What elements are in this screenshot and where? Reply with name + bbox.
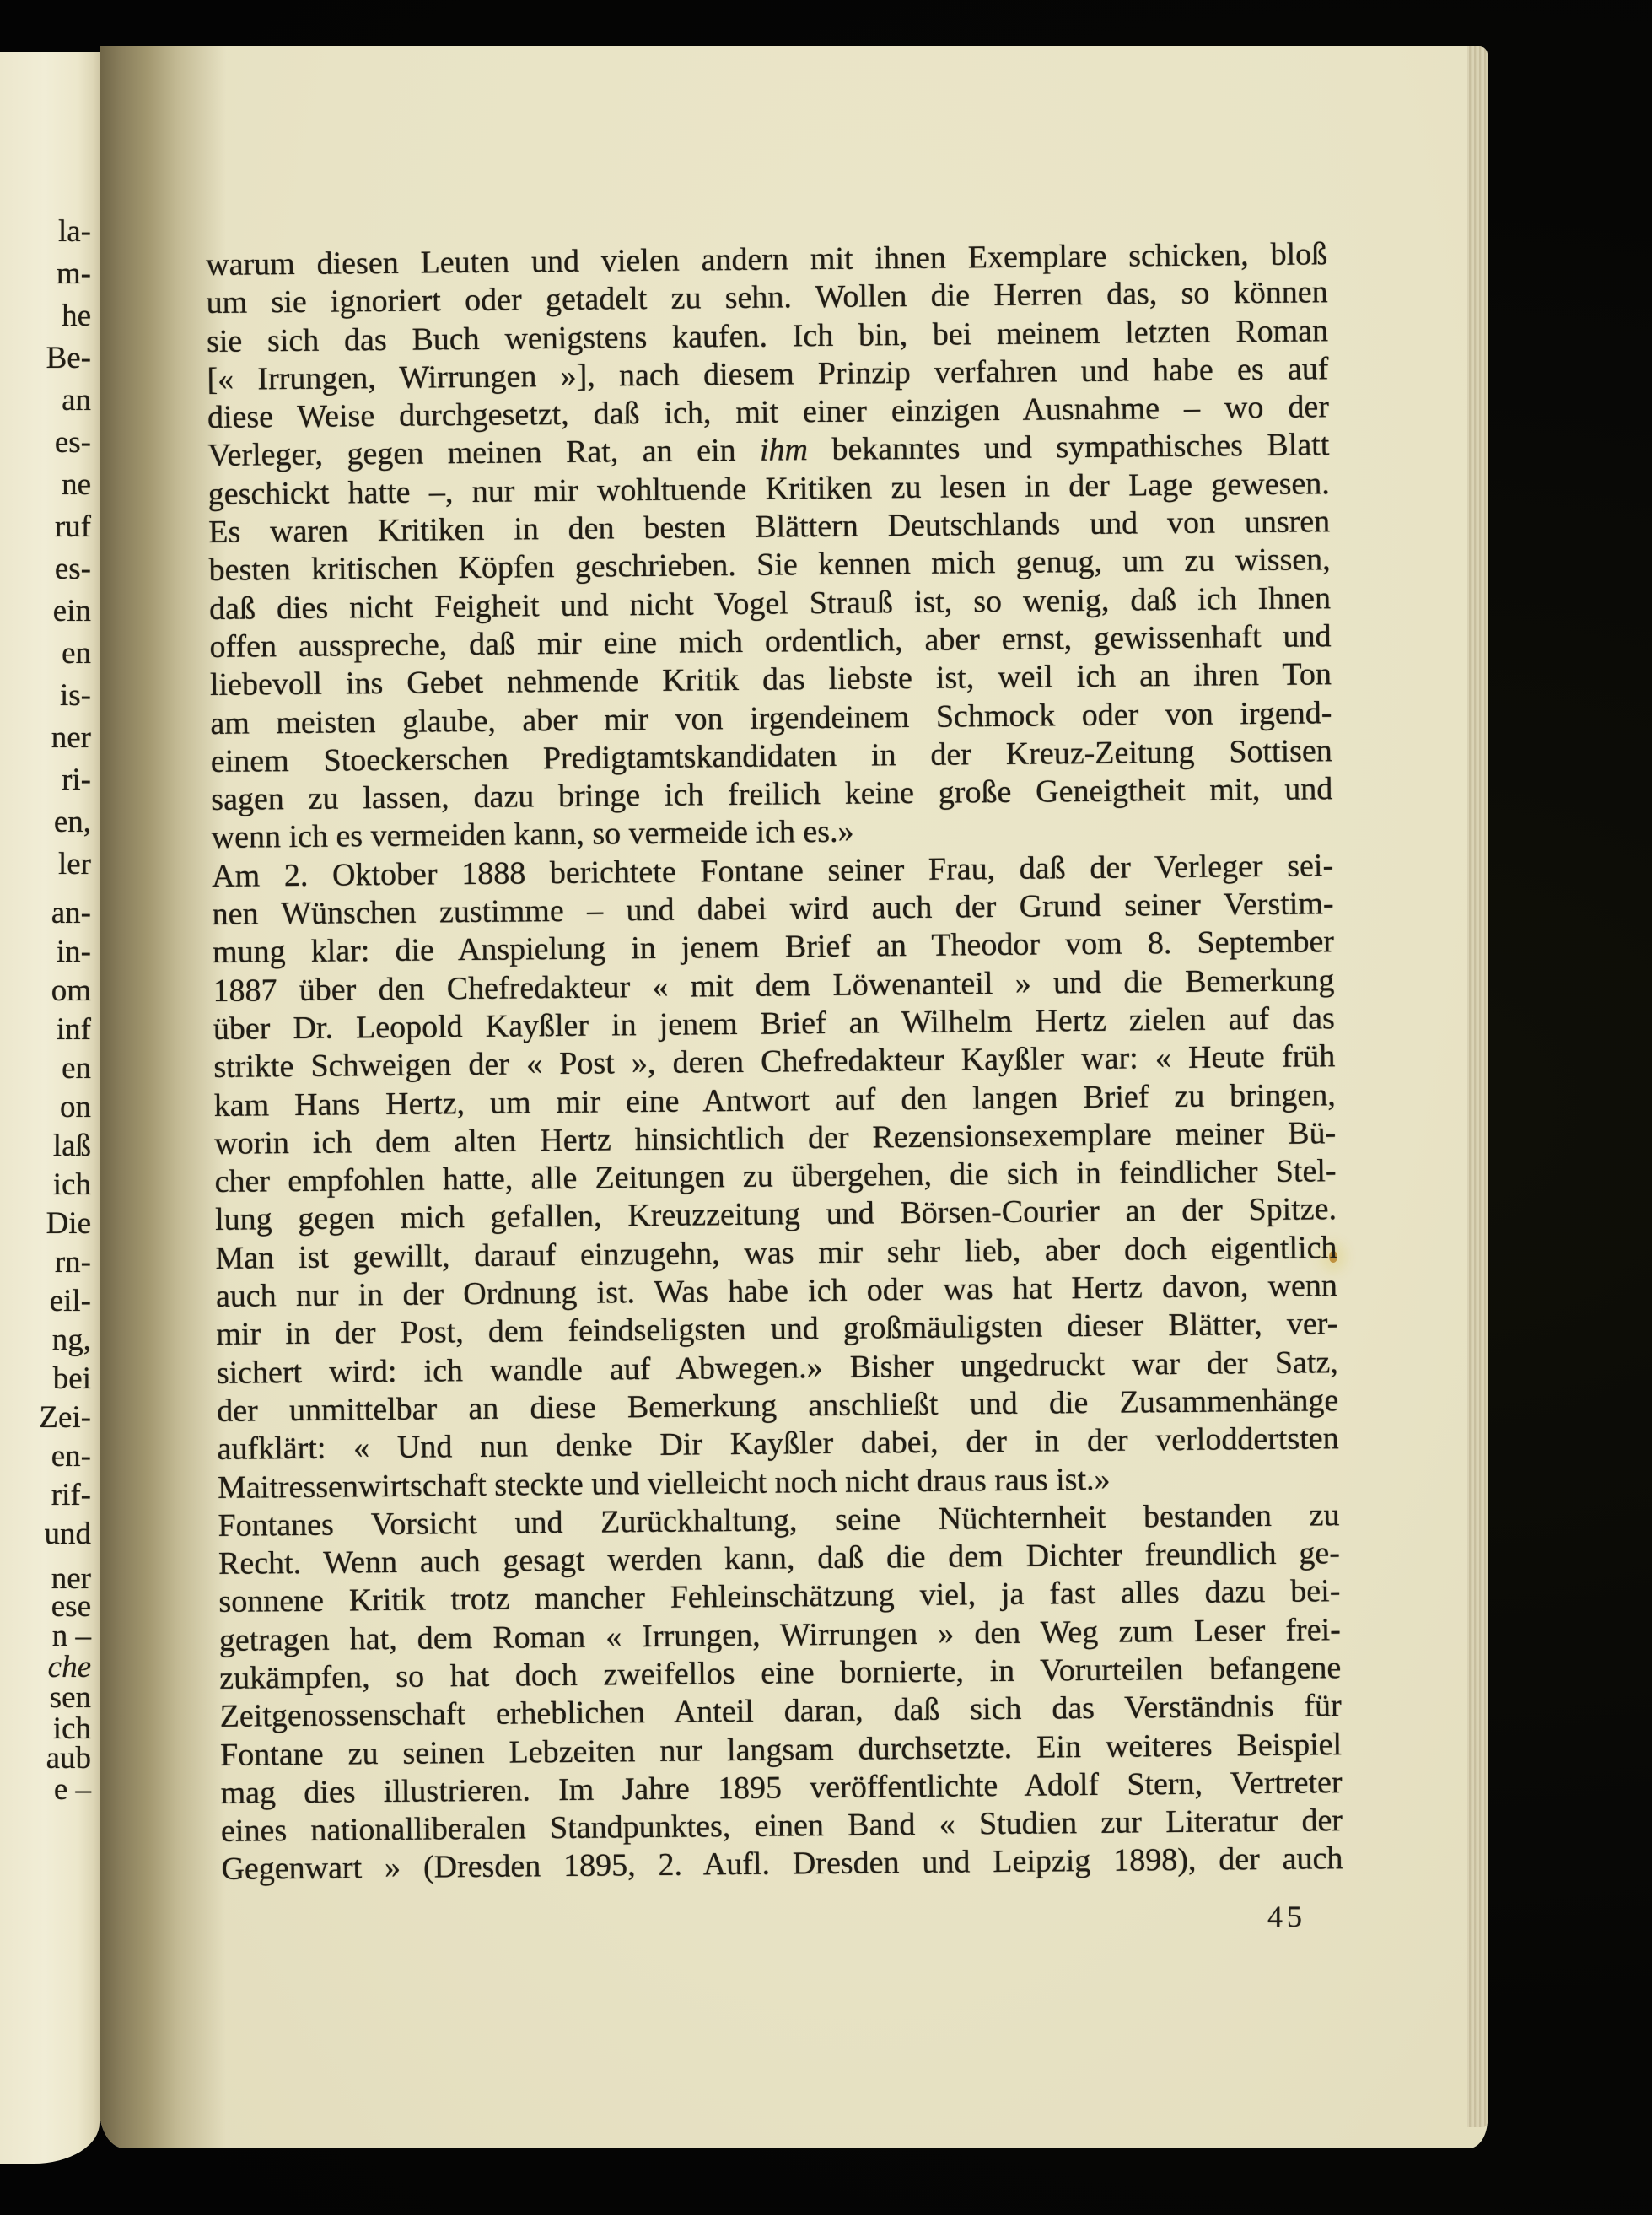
facing-page-text-fragment: rif- bbox=[51, 1479, 91, 1512]
scanned-book-photo: la-m-heBe-anes-nerufes-einenis-nerri-en,… bbox=[0, 0, 1652, 2215]
facing-page-text-fragment: on bbox=[60, 1091, 91, 1124]
facing-page-text-fragment: en, bbox=[54, 806, 91, 839]
book-page: warum diesen Leuten und vielen andern mi… bbox=[100, 46, 1488, 2148]
facing-page-text-fragment: Be- bbox=[46, 342, 91, 375]
facing-page-text-fragment: ich bbox=[53, 1168, 91, 1202]
facing-page-text-fragment: und bbox=[45, 1517, 92, 1551]
facing-page-text-fragment: en- bbox=[51, 1440, 91, 1474]
facing-page-text-fragment: es- bbox=[55, 552, 91, 586]
facing-page-text-fragment: laß bbox=[53, 1129, 91, 1163]
facing-page-text-fragment: he bbox=[62, 299, 91, 333]
facing-page-text-fragment: bei bbox=[53, 1362, 91, 1396]
facing-page-text-fragment: an- bbox=[51, 897, 91, 930]
facing-page-text-fragment: e – bbox=[54, 1773, 91, 1807]
facing-page-text-fragment: rn- bbox=[55, 1246, 91, 1280]
facing-page-text-fragment: che bbox=[48, 1651, 91, 1684]
facing-page-text-fragment: ler bbox=[58, 848, 91, 881]
facing-page-text-fragment: la- bbox=[58, 215, 91, 249]
facing-page-text-fragment: ne bbox=[62, 468, 91, 502]
facing-page-text-fragment: in- bbox=[57, 935, 91, 969]
facing-page-text-fragment: om bbox=[51, 974, 91, 1008]
facing-page-text-fragment: ein bbox=[53, 595, 91, 628]
facing-page-text-fragment: ruf bbox=[55, 510, 91, 544]
facing-page-text-fragment: ner bbox=[51, 721, 91, 755]
facing-page-edge: la-m-heBe-anes-nerufes-einenis-nerri-en,… bbox=[0, 52, 100, 2164]
facing-page-text-fragment: Zei- bbox=[39, 1401, 91, 1435]
facing-page-text-fragment: Die bbox=[46, 1207, 91, 1241]
facing-page-text-fragment: eil- bbox=[50, 1285, 91, 1318]
facing-page-text-fragment: is- bbox=[60, 679, 91, 713]
facing-page-text-fragment: inf bbox=[57, 1013, 91, 1047]
facing-page-text-fragment: ng, bbox=[52, 1323, 91, 1357]
facing-page-text-fragment: an bbox=[62, 384, 91, 418]
facing-page-text-fragment: n – bbox=[52, 1619, 91, 1653]
page-text: warum diesen Leuten und vielen andern mi… bbox=[206, 235, 1343, 1889]
facing-page-text-fragment: en bbox=[62, 1052, 91, 1086]
facing-page-text-fragment: ri- bbox=[62, 763, 91, 797]
facing-page-text-fragment: m- bbox=[57, 257, 91, 291]
page-stack-edge bbox=[1467, 46, 1488, 2127]
facing-page-text-fragment: en bbox=[62, 637, 91, 671]
facing-page-text-fragment: es- bbox=[55, 426, 91, 460]
page-number: 45 bbox=[1267, 1899, 1306, 1934]
facing-page-text-fragment: aub bbox=[46, 1742, 91, 1776]
facing-page-text-fragment: sen bbox=[50, 1681, 91, 1715]
